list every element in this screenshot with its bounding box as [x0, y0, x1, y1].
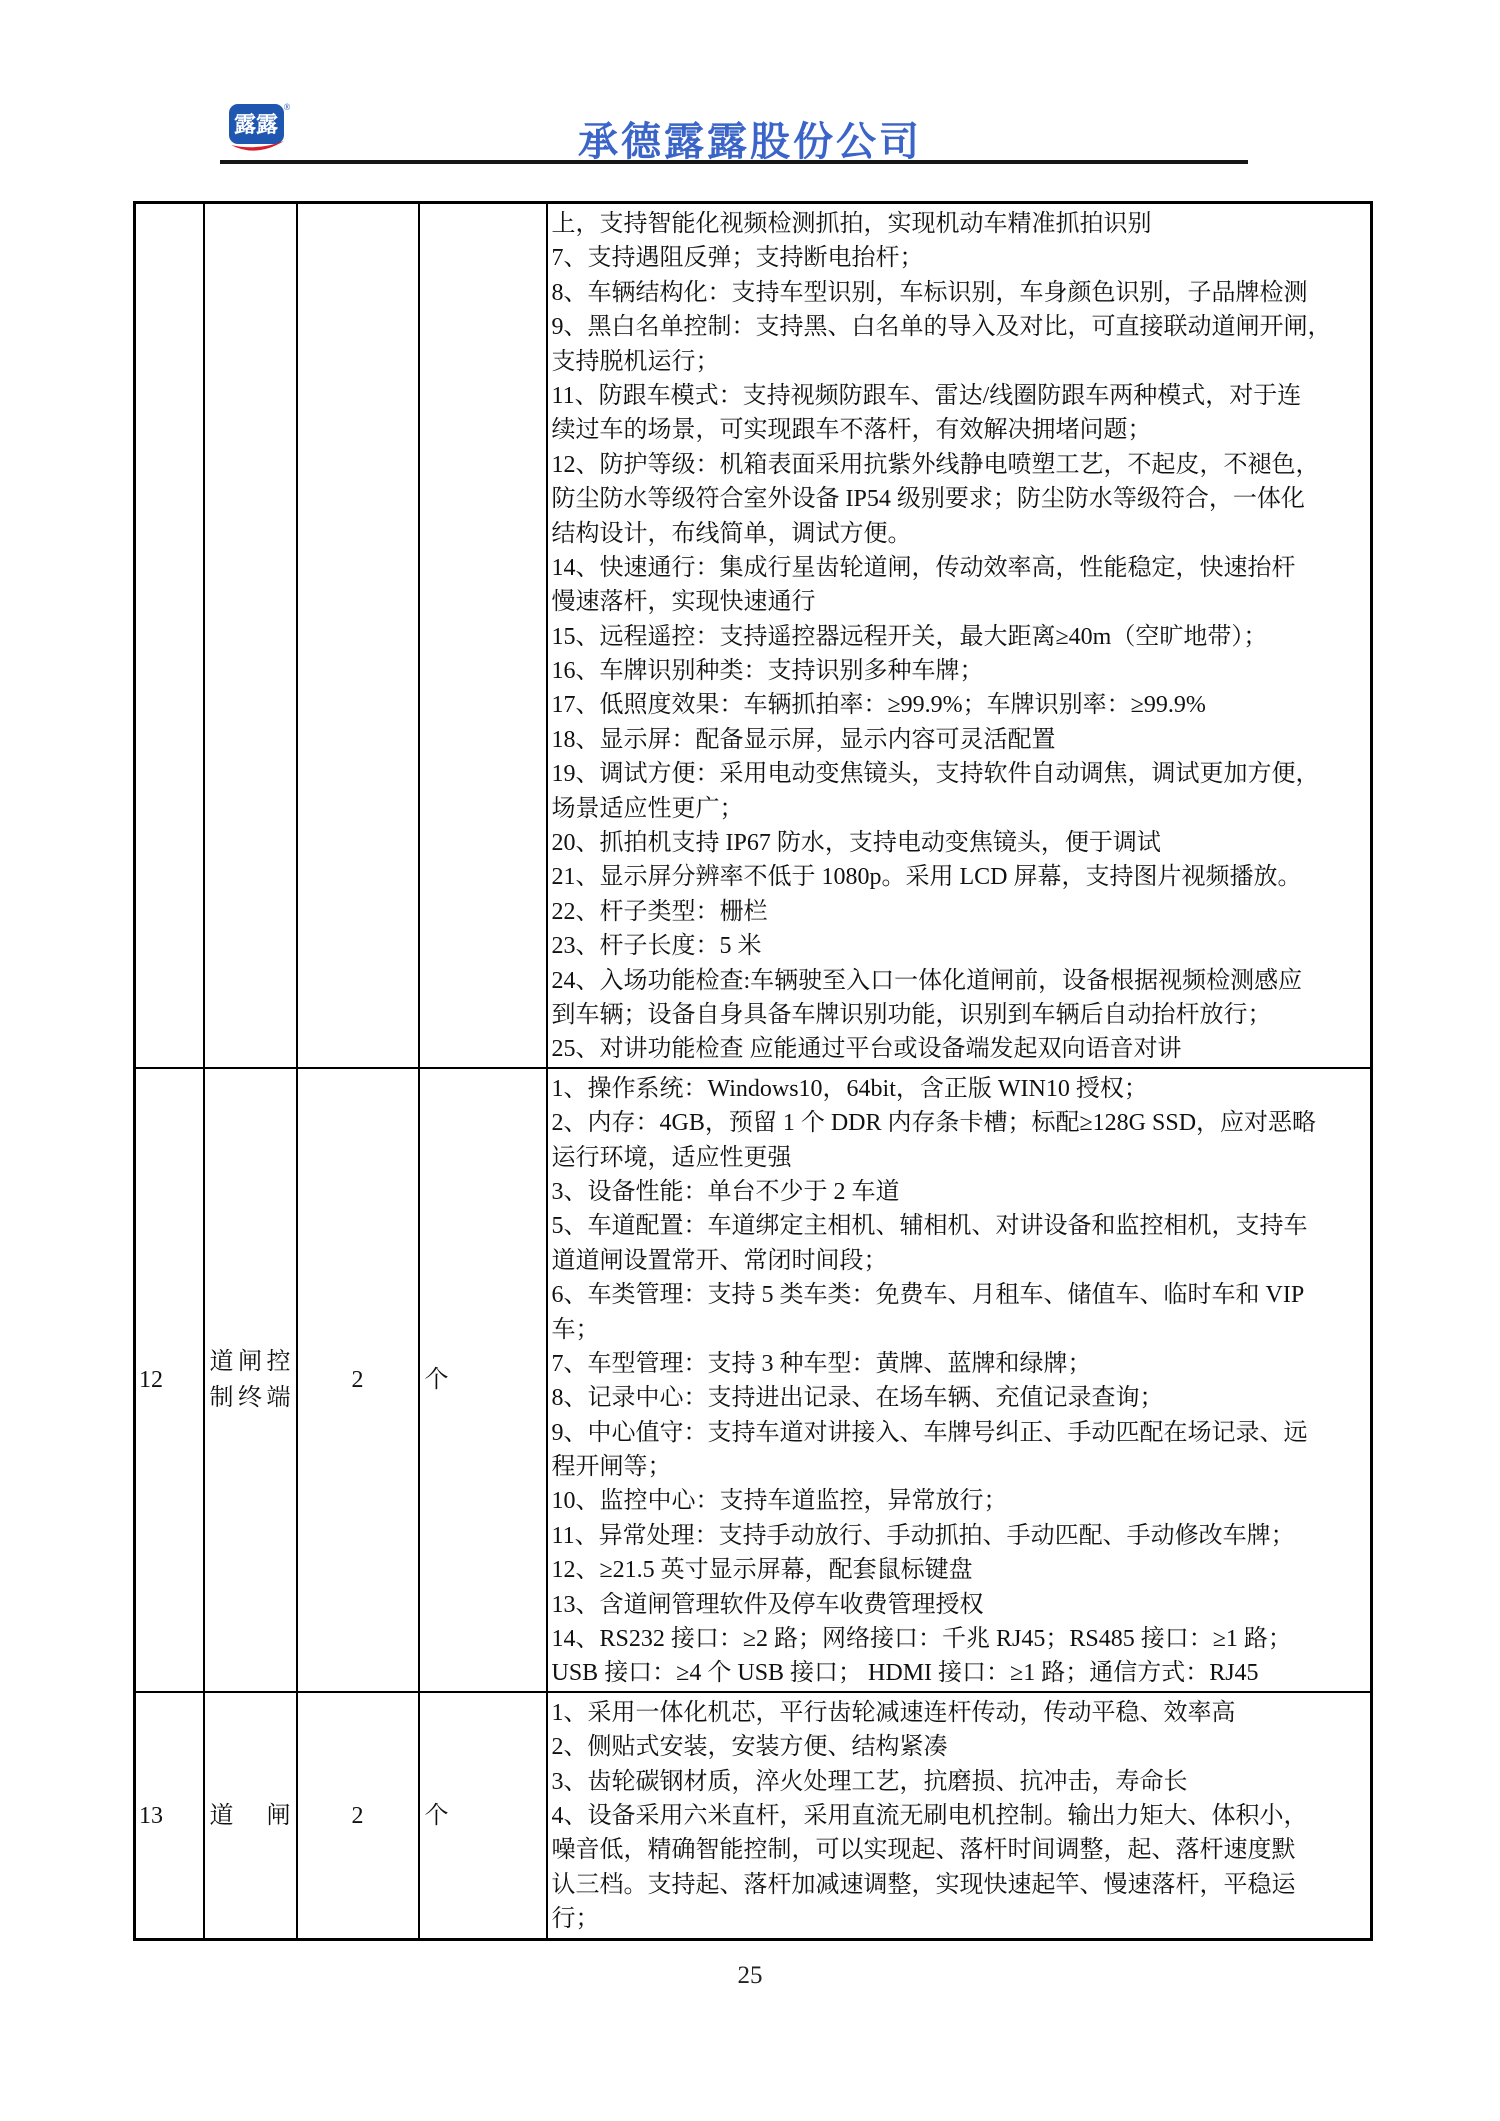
table-row-continuation: 上，支持智能化视频检测抓拍，实现机动车精准抓拍识别7、支持遇阻反弹；支持断电抬杆…	[135, 203, 1372, 1068]
spec-line: 车；	[552, 1313, 1369, 1347]
page-number: 25	[0, 1962, 1500, 1990]
row-no: 13	[135, 1692, 204, 1940]
spec-line: 21、显示屏分辨率不低于 1080p。采用 LCD 屏幕，支持图片视频播放。	[552, 860, 1369, 894]
document-page: 露露 ® 承德露露股份公司 上，支持智能化视频检测抓拍，实现机动车精准抓拍识别7…	[0, 0, 1500, 2121]
spec-line: 24、入场功能检查:车辆驶至入口一体化道闸前，设备根据视频检测感应	[552, 964, 1369, 998]
spec-line: 14、快速通行：集成行星齿轮道闸，传动效率高，性能稳定，快速抬杆	[552, 551, 1369, 585]
row-qty: 2	[297, 1692, 419, 1940]
header-divider	[220, 160, 1248, 164]
row-no	[135, 203, 204, 1068]
spec-line: 17、低照度效果：车辆抓拍率：≥99.9%；车牌识别率：≥99.9%	[552, 688, 1369, 722]
spec-line: 支持脱机运行；	[552, 345, 1369, 379]
spec-table: 上，支持智能化视频检测抓拍，实现机动车精准抓拍识别7、支持遇阻反弹；支持断电抬杆…	[133, 201, 1373, 1941]
spec-line: USB 接口：≥4 个 USB 接口； HDMI 接口：≥1 路；通信方式：RJ…	[552, 1656, 1369, 1690]
spec-line: 2、侧贴式安装，安装方便、结构紧凑	[552, 1730, 1369, 1764]
spec-line: 7、车型管理：支持 3 种车型：黄牌、蓝牌和绿牌；	[552, 1347, 1369, 1381]
spec-line: 4、设备采用六米直杆，采用直流无刷电机控制。输出力矩大、体积小，	[552, 1799, 1369, 1833]
row-spec: 上，支持智能化视频检测抓拍，实现机动车精准抓拍识别7、支持遇阻反弹；支持断电抬杆…	[547, 203, 1372, 1068]
spec-line: 防尘防水等级符合室外设备 IP54 级别要求；防尘防水等级符合，一体化	[552, 482, 1369, 516]
spec-line: 场景适应性更广；	[552, 792, 1369, 826]
company-title: 承德露露股份公司	[0, 110, 1500, 167]
spec-line: 噪音低，精确智能控制，可以实现起、落杆时间调整，起、落杆速度默	[552, 1833, 1369, 1867]
spec-line: 到车辆；设备自身具备车牌识别功能，识别到车辆后自动抬杆放行；	[552, 998, 1369, 1032]
spec-line: 3、齿轮碳钢材质，淬火处理工艺，抗磨损、抗冲击，寿命长	[552, 1765, 1369, 1799]
row-name	[204, 203, 297, 1068]
spec-line: 5、车道配置：车道绑定主相机、辅相机、对讲设备和监控相机，支持车	[552, 1209, 1369, 1243]
spec-line: 11、异常处理：支持手动放行、手动抓拍、手动匹配、手动修改车牌；	[552, 1519, 1369, 1553]
spec-line: 18、显示屏：配备显示屏，显示内容可灵活配置	[552, 723, 1369, 757]
spec-line: 7、支持遇阻反弹；支持断电抬杆；	[552, 241, 1369, 275]
spec-line: 1、操作系统：Windows10，64bit，含正版 WIN10 授权；	[552, 1072, 1369, 1106]
spec-line: 16、车牌识别种类：支持识别多种车牌；	[552, 654, 1369, 688]
spec-line: 12、防护等级：机箱表面采用抗紫外线静电喷塑工艺，不起皮，不褪色，	[552, 448, 1369, 482]
spec-line: 程开闸等；	[552, 1450, 1369, 1484]
row-qty	[297, 203, 419, 1068]
row-name: 道闸控制终端	[204, 1068, 297, 1692]
table-row-13: 13 道闸 2 个 1、采用一体化机芯，平行齿轮减速连杆传动，传动平稳、效率高2…	[135, 1692, 1372, 1940]
spec-line: 22、杆子类型：栅栏	[552, 895, 1369, 929]
row-spec: 1、采用一体化机芯，平行齿轮减速连杆传动，传动平稳、效率高2、侧贴式安装，安装方…	[547, 1692, 1372, 1940]
spec-line: 3、设备性能：单台不少于 2 车道	[552, 1175, 1369, 1209]
spec-line: 道道闸设置常开、常闭时间段；	[552, 1244, 1369, 1278]
table-row-12: 12 道闸控制终端 2 个 1、操作系统：Windows10，64bit，含正版…	[135, 1068, 1372, 1692]
spec-line: 2、内存：4GB，预留 1 个 DDR 内存条卡槽；标配≥128G SSD，应对…	[552, 1106, 1369, 1140]
spec-line: 运行环境，适应性更强	[552, 1141, 1369, 1175]
spec-line: 8、车辆结构化：支持车型识别，车标识别，车身颜色识别，子品牌检测	[552, 276, 1369, 310]
spec-line: 1、采用一体化机芯，平行齿轮减速连杆传动，传动平稳、效率高	[552, 1696, 1369, 1730]
spec-line: 9、黑白名单控制：支持黑、白名单的导入及对比，可直接联动道闸开闸，	[552, 310, 1369, 344]
spec-line: 14、RS232 接口：≥2 路；网络接口：千兆 RJ45；RS485 接口：≥…	[552, 1622, 1369, 1656]
row-name: 道闸	[204, 1692, 297, 1940]
spec-line: 12、≥21.5 英寸显示屏幕，配套鼠标键盘	[552, 1553, 1369, 1587]
spec-line: 结构设计，布线简单，调试方便。	[552, 517, 1369, 551]
row-spec: 1、操作系统：Windows10，64bit，含正版 WIN10 授权；2、内存…	[547, 1068, 1372, 1692]
spec-line: 6、车类管理：支持 5 类车类：免费车、月租车、储值车、临时车和 VIP	[552, 1278, 1369, 1312]
spec-line: 8、记录中心：支持进出记录、在场车辆、充值记录查询；	[552, 1381, 1369, 1415]
spec-line: 10、监控中心：支持车道监控，异常放行；	[552, 1484, 1369, 1518]
spec-line: 行；	[552, 1902, 1369, 1936]
spec-line: 认三档。支持起、落杆加减速调整，实现快速起竿、慢速落杆，平稳运	[552, 1868, 1369, 1902]
row-no: 12	[135, 1068, 204, 1692]
spec-line: 15、远程遥控：支持遥控器远程开关，最大距离≥40m（空旷地带）；	[552, 620, 1369, 654]
spec-line: 续过车的场景，可实现跟车不落杆，有效解决拥堵问题；	[552, 413, 1369, 447]
spec-line: 慢速落杆，实现快速通行	[552, 585, 1369, 619]
spec-line: 23、杆子长度：5 米	[552, 929, 1369, 963]
row-unit: 个	[419, 1068, 547, 1692]
spec-line: 19、调试方便：采用电动变焦镜头，支持软件自动调焦，调试更加方便，	[552, 757, 1369, 791]
spec-line: 上，支持智能化视频检测抓拍，实现机动车精准抓拍识别	[552, 207, 1369, 241]
row-unit	[419, 203, 547, 1068]
spec-line: 25、对讲功能检查 应能通过平台或设备端发起双向语音对讲	[552, 1032, 1369, 1066]
spec-line: 11、防跟车模式：支持视频防跟车、雷达/线圈防跟车两种模式，对于连	[552, 379, 1369, 413]
spec-line: 20、抓拍机支持 IP67 防水，支持电动变焦镜头，便于调试	[552, 826, 1369, 860]
spec-line: 13、含道闸管理软件及停车收费管理授权	[552, 1588, 1369, 1622]
row-unit: 个	[419, 1692, 547, 1940]
spec-line: 9、中心值守：支持车道对讲接入、车牌号纠正、手动匹配在场记录、远	[552, 1416, 1369, 1450]
row-qty: 2	[297, 1068, 419, 1692]
